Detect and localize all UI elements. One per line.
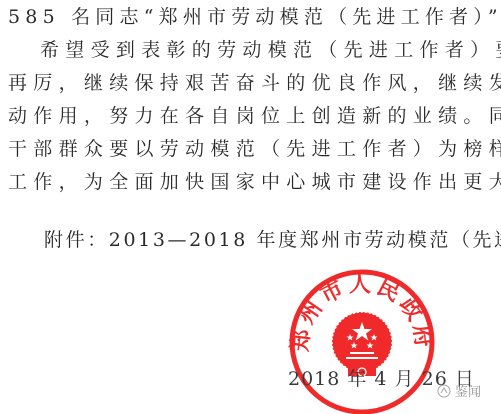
paragraph-line: 干部群众要以劳动模范（先进工作者）为榜样，奋发有为，扎实 — [8, 137, 494, 161]
paragraph-line: 动作用，努力在各自岗位上创造新的业绩。同时号召，全市广大 — [8, 104, 494, 128]
paragraph-line: 585 名同志“郑州市劳动模范（先进工作者）”称号。 — [8, 5, 494, 29]
attachment-note: 附件：2013—2018 年度郑州市劳动模范（先进工作者）名单 — [44, 228, 474, 252]
watermark-text: 鉴闻 — [455, 381, 481, 400]
national-emblem-icon — [332, 312, 392, 376]
watermark: 鉴闻 — [437, 381, 481, 400]
paragraph-line: 希望受到表彰的劳动模范（先进工作者）要珍惜荣誉、再接 — [40, 38, 494, 62]
official-seal-icon: 郑州市人民政府 — [288, 268, 436, 414]
paragraph-line: 再厉，继续保持艰苦奋斗的优良作风，继续发挥先锋模范示范带 — [8, 71, 494, 95]
paragraph-line: 工作，为全面加快国家中心城市建设作出更大贡献！ — [8, 170, 494, 194]
wechat-logo-icon — [437, 384, 451, 398]
